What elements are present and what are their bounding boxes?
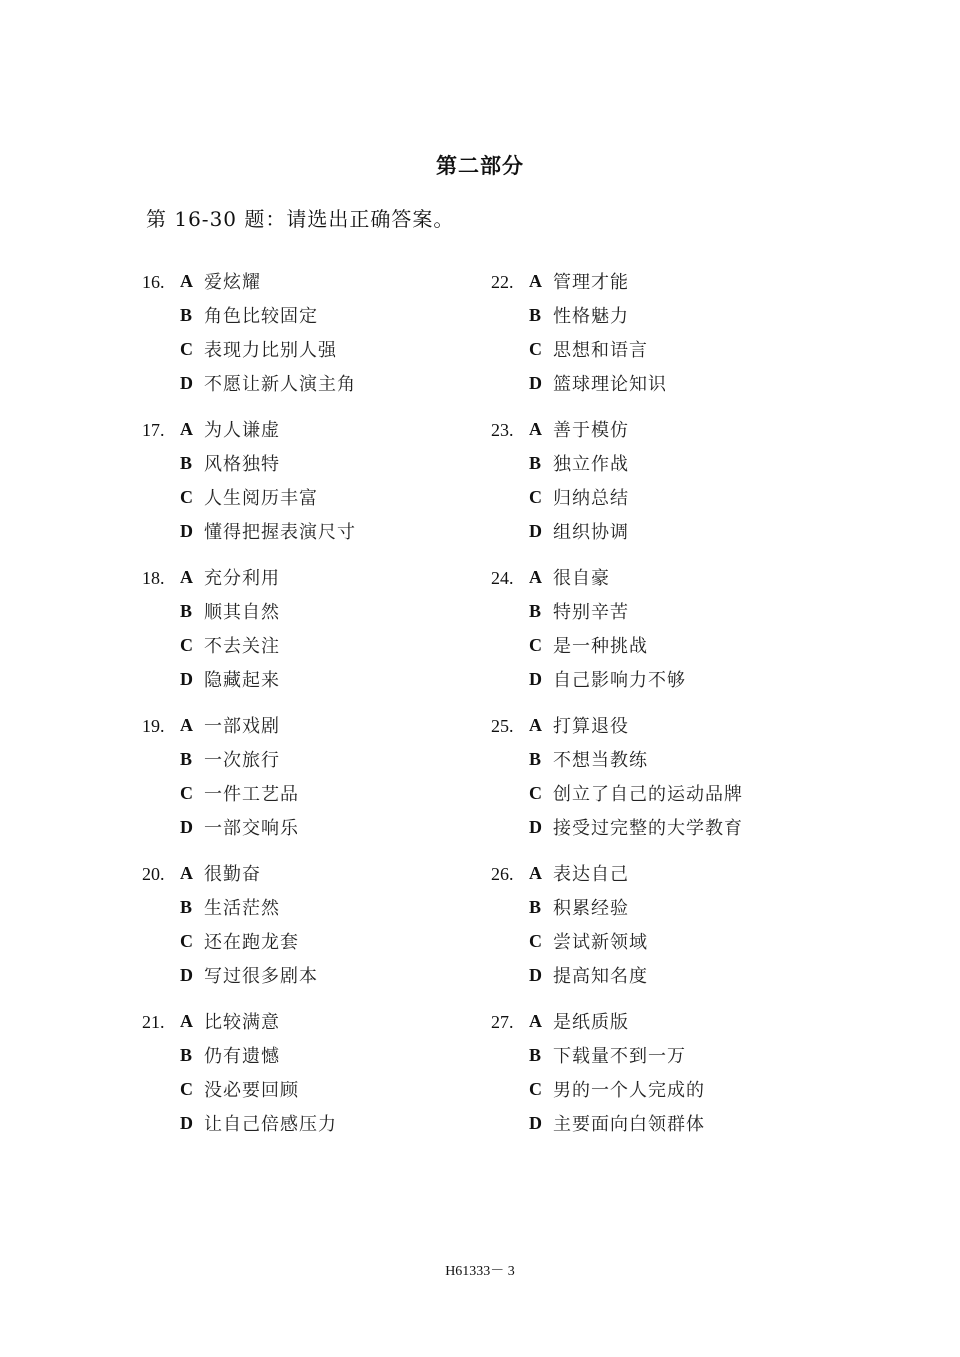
option-text: 是纸质版 <box>553 1008 629 1034</box>
option-text: 懂得把握表演尺寸 <box>204 518 356 544</box>
option-text: 下载量不到一万 <box>553 1042 686 1068</box>
answer-option: C归纳总结 <box>529 480 629 514</box>
question-item: 25.A打算退役B不想当教练C创立了自己的运动品牌D接受过完整的大学教育 <box>491 716 831 864</box>
answer-option: B风格独特 <box>180 446 280 480</box>
option-letter: C <box>529 783 553 804</box>
right-question-column: 22.A管理才能B性格魅力C思想和语言D篮球理论知识23.A善于模仿B独立作战C… <box>491 272 831 1160</box>
option-text: 风格独特 <box>204 450 280 476</box>
option-text: 一件工艺品 <box>204 780 299 806</box>
question-number: 16. <box>142 272 178 293</box>
answer-option: B顺其自然 <box>180 594 280 628</box>
answer-option: A表达自己 <box>529 856 629 890</box>
option-letter: A <box>529 567 553 588</box>
option-letter: D <box>180 521 204 542</box>
answer-option: D一部交响乐 <box>180 810 299 844</box>
answer-option: D篮球理论知识 <box>529 366 667 400</box>
answer-option: B生活茫然 <box>180 890 280 924</box>
option-text: 篮球理论知识 <box>553 370 667 396</box>
option-text: 没必要回顾 <box>204 1076 299 1102</box>
option-text: 充分利用 <box>204 564 280 590</box>
answer-option: A管理才能 <box>529 264 629 298</box>
option-letter: B <box>529 305 553 326</box>
option-text: 角色比较固定 <box>204 302 318 328</box>
option-letter: A <box>529 1011 553 1032</box>
option-text: 独立作战 <box>553 450 629 476</box>
option-letter: A <box>180 419 204 440</box>
option-text: 隐藏起来 <box>204 666 280 692</box>
option-text: 积累经验 <box>553 894 629 920</box>
answer-option: B独立作战 <box>529 446 629 480</box>
answer-option: D隐藏起来 <box>180 662 280 696</box>
question-number: 25. <box>491 716 527 737</box>
option-text: 很勤奋 <box>204 860 261 886</box>
option-text: 不去关注 <box>204 632 280 658</box>
option-text: 一部交响乐 <box>204 814 299 840</box>
option-text: 一部戏剧 <box>204 712 280 738</box>
option-letter: A <box>180 863 204 884</box>
option-text: 打算退役 <box>553 712 629 738</box>
answer-option: C创立了自己的运动品牌 <box>529 776 743 810</box>
option-letter: D <box>180 965 204 986</box>
answer-option: A爱炫耀 <box>180 264 261 298</box>
answer-option: D不愿让新人演主角 <box>180 366 356 400</box>
option-letter: B <box>529 897 553 918</box>
answer-option: B一次旅行 <box>180 742 280 776</box>
option-text: 比较满意 <box>204 1008 280 1034</box>
option-letter: B <box>529 453 553 474</box>
option-text: 组织协调 <box>553 518 629 544</box>
option-letter: C <box>529 931 553 952</box>
option-letter: C <box>529 1079 553 1100</box>
option-text: 尝试新领域 <box>553 928 648 954</box>
option-letter: D <box>180 669 204 690</box>
question-item: 19.A一部戏剧B一次旅行C一件工艺品D一部交响乐 <box>142 716 482 864</box>
option-letter: C <box>529 487 553 508</box>
answer-option: B角色比较固定 <box>180 298 318 332</box>
option-letter: D <box>529 1113 553 1134</box>
option-letter: A <box>529 715 553 736</box>
option-letter: B <box>180 453 204 474</box>
option-letter: D <box>180 373 204 394</box>
option-letter: B <box>180 1045 204 1066</box>
question-number: 22. <box>491 272 527 293</box>
option-letter: C <box>180 931 204 952</box>
option-text: 人生阅历丰富 <box>204 484 318 510</box>
question-number: 23. <box>491 420 527 441</box>
option-letter: A <box>529 863 553 884</box>
option-letter: C <box>180 635 204 656</box>
answer-option: C不去关注 <box>180 628 280 662</box>
option-text: 还在跑龙套 <box>204 928 299 954</box>
answer-option: C还在跑龙套 <box>180 924 299 958</box>
answer-option: C表现力比别人强 <box>180 332 337 366</box>
option-letter: D <box>529 817 553 838</box>
answer-option: A很自豪 <box>529 560 610 594</box>
option-text: 爱炫耀 <box>204 268 261 294</box>
question-item: 20.A很勤奋B生活茫然C还在跑龙套D写过很多剧本 <box>142 864 482 1012</box>
question-item: 17.A为人谦虚B风格独特C人生阅历丰富D懂得把握表演尺寸 <box>142 420 482 568</box>
option-text: 特别辛苦 <box>553 598 629 624</box>
left-question-column: 16.A爱炫耀B角色比较固定C表现力比别人强D不愿让新人演主角17.A为人谦虚B… <box>142 272 482 1160</box>
question-number: 27. <box>491 1012 527 1033</box>
option-letter: B <box>180 305 204 326</box>
answer-option: D懂得把握表演尺寸 <box>180 514 356 548</box>
option-letter: B <box>180 601 204 622</box>
option-text: 一次旅行 <box>204 746 280 772</box>
option-letter: C <box>180 487 204 508</box>
option-letter: A <box>529 271 553 292</box>
option-text: 自己影响力不够 <box>553 666 686 692</box>
option-letter: A <box>180 715 204 736</box>
answer-option: D写过很多剧本 <box>180 958 318 992</box>
instructions: 第 16-30 题：请选出正确答案。 <box>146 203 454 232</box>
option-letter: B <box>180 897 204 918</box>
question-item: 24.A很自豪B特别辛苦C是一种挑战D自己影响力不够 <box>491 568 831 716</box>
question-number: 24. <box>491 568 527 589</box>
option-text: 主要面向白领群体 <box>553 1110 705 1136</box>
option-letter: B <box>529 1045 553 1066</box>
question-item: 22.A管理才能B性格魅力C思想和语言D篮球理论知识 <box>491 272 831 420</box>
answer-option: D自己影响力不够 <box>529 662 686 696</box>
question-item: 26.A表达自己B积累经验C尝试新领域D提高知名度 <box>491 864 831 1012</box>
option-text: 男的一个人完成的 <box>553 1076 705 1102</box>
option-text: 让自己倍感压力 <box>204 1110 337 1136</box>
option-text: 接受过完整的大学教育 <box>553 814 743 840</box>
answer-option: B积累经验 <box>529 890 629 924</box>
question-item: 16.A爱炫耀B角色比较固定C表现力比别人强D不愿让新人演主角 <box>142 272 482 420</box>
option-letter: B <box>180 749 204 770</box>
option-letter: D <box>180 817 204 838</box>
option-letter: D <box>529 521 553 542</box>
answer-option: A很勤奋 <box>180 856 261 890</box>
option-text: 善于模仿 <box>553 416 629 442</box>
option-letter: A <box>180 1011 204 1032</box>
answer-option: D主要面向白领群体 <box>529 1106 705 1140</box>
option-letter: A <box>180 271 204 292</box>
option-letter: A <box>529 419 553 440</box>
option-letter: D <box>529 669 553 690</box>
answer-option: A善于模仿 <box>529 412 629 446</box>
answer-option: B特别辛苦 <box>529 594 629 628</box>
question-number: 19. <box>142 716 178 737</box>
answer-option: C没必要回顾 <box>180 1072 299 1106</box>
answer-option: C男的一个人完成的 <box>529 1072 705 1106</box>
question-number: 26. <box>491 864 527 885</box>
question-item: 18.A充分利用B顺其自然C不去关注D隐藏起来 <box>142 568 482 716</box>
answer-option: B下载量不到一万 <box>529 1038 686 1072</box>
answer-option: B不想当教练 <box>529 742 648 776</box>
option-letter: B <box>529 749 553 770</box>
option-letter: D <box>529 373 553 394</box>
answer-option: C是一种挑战 <box>529 628 648 662</box>
answer-option: B仍有遗憾 <box>180 1038 280 1072</box>
option-text: 很自豪 <box>553 564 610 590</box>
answer-option: A打算退役 <box>529 708 629 742</box>
option-letter: C <box>529 635 553 656</box>
answer-option: A充分利用 <box>180 560 280 594</box>
option-text: 性格魅力 <box>553 302 629 328</box>
question-number: 20. <box>142 864 178 885</box>
option-letter: C <box>180 783 204 804</box>
option-text: 创立了自己的运动品牌 <box>553 780 743 806</box>
option-letter: C <box>180 339 204 360</box>
option-text: 不想当教练 <box>553 746 648 772</box>
option-text: 不愿让新人演主角 <box>204 370 356 396</box>
option-text: 表达自己 <box>553 860 629 886</box>
question-number: 18. <box>142 568 178 589</box>
option-letter: A <box>180 567 204 588</box>
answer-option: D组织协调 <box>529 514 629 548</box>
question-item: 21.A比较满意B仍有遗憾C没必要回顾D让自己倍感压力 <box>142 1012 482 1160</box>
option-letter: D <box>180 1113 204 1134</box>
answer-option: C尝试新领域 <box>529 924 648 958</box>
answer-option: D提高知名度 <box>529 958 648 992</box>
option-text: 顺其自然 <box>204 598 280 624</box>
option-text: 仍有遗憾 <box>204 1042 280 1068</box>
answer-option: A为人谦虚 <box>180 412 280 446</box>
option-letter: C <box>180 1079 204 1100</box>
option-text: 思想和语言 <box>553 336 648 362</box>
option-text: 是一种挑战 <box>553 632 648 658</box>
question-number: 17. <box>142 420 178 441</box>
answer-option: C思想和语言 <box>529 332 648 366</box>
option-text: 表现力比别人强 <box>204 336 337 362</box>
answer-option: C一件工艺品 <box>180 776 299 810</box>
answer-option: A比较满意 <box>180 1004 280 1038</box>
answer-option: B性格魅力 <box>529 298 629 332</box>
answer-option: A是纸质版 <box>529 1004 629 1038</box>
option-text: 归纳总结 <box>553 484 629 510</box>
question-item: 23.A善于模仿B独立作战C归纳总结D组织协调 <box>491 420 831 568</box>
answer-option: A一部戏剧 <box>180 708 280 742</box>
option-letter: C <box>529 339 553 360</box>
answer-option: D接受过完整的大学教育 <box>529 810 743 844</box>
answer-option: C人生阅历丰富 <box>180 480 318 514</box>
question-number: 21. <box>142 1012 178 1033</box>
page-footer: H61333－ 3 <box>0 1260 960 1280</box>
option-text: 生活茫然 <box>204 894 280 920</box>
option-text: 写过很多剧本 <box>204 962 318 988</box>
option-letter: B <box>529 601 553 622</box>
section-title: 第二部分 <box>0 150 960 180</box>
option-text: 提高知名度 <box>553 962 648 988</box>
answer-option: D让自己倍感压力 <box>180 1106 337 1140</box>
question-item: 27.A是纸质版B下载量不到一万C男的一个人完成的D主要面向白领群体 <box>491 1012 831 1160</box>
option-text: 为人谦虚 <box>204 416 280 442</box>
option-letter: D <box>529 965 553 986</box>
option-text: 管理才能 <box>553 268 629 294</box>
